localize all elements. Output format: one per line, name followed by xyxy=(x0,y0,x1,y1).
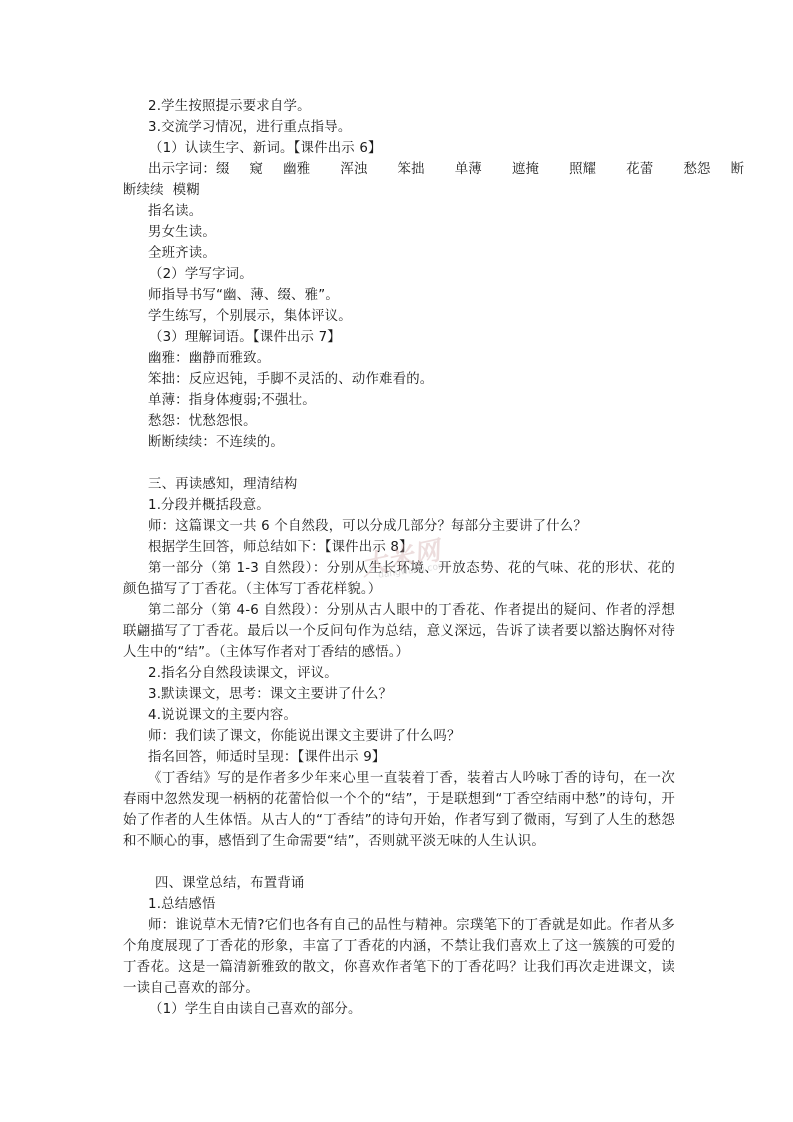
sub-2-write-words: （2）学写字词。 xyxy=(123,264,675,285)
step-3-exchange: 3.交流学习情况，进行重点指导。 xyxy=(123,117,675,138)
vocabulary-list: 出示字词：缀窥幽雅浑浊笨拙单薄遮掩照耀花蕾愁怨断 xyxy=(123,159,675,180)
write-guidance: 师指导书写“幽、薄、缀、雅”。 xyxy=(123,285,675,306)
teacher-question: 师：这篇课文一共 6 个自然段，可以分成几部分？每部分主要讲了什么？ xyxy=(123,516,675,537)
summary-intro: 根据学生回答，师总结如下：【课件出示 8】 xyxy=(123,537,675,558)
sub-1-read-words: （1）认读生字、新词。【课件出示 6】 xyxy=(123,138,675,159)
definition: 幽雅：幽静而雅致。 xyxy=(123,348,675,369)
step-1-summary: 1.总结感悟 xyxy=(123,894,675,915)
teacher-question-2: 师：我们读了课文，你能说出课文主要讲了什么吗？ xyxy=(123,726,675,747)
definition: 单薄：指身体瘦弱;不强壮。 xyxy=(123,390,675,411)
read-by-name: 指名读。 xyxy=(123,201,675,222)
definition: 断断续续：不连续的。 xyxy=(123,432,675,453)
teacher-summary: 师：谁说草木无情?它们也各有自己的品性与精神。宗璞笔下的丁香就是如此。作者从多个… xyxy=(123,915,675,999)
sub-1-free-read: （1）学生自由读自己喜欢的部分。 xyxy=(123,999,675,1020)
vocab-word: 窥 xyxy=(250,159,264,180)
vocab-word: 花蕾 xyxy=(626,159,653,180)
spacer xyxy=(123,852,675,873)
vocab-word: 断 xyxy=(731,159,745,180)
answer-intro: 指名回答，师适时呈现：【课件出示 9】 xyxy=(123,747,675,768)
vocabulary-label: 出示字词： xyxy=(148,159,216,180)
part-1-summary: 第一部分（第 1-3 自然段）：分别从生长环境、开放态势、花的气味、花的形状、花… xyxy=(123,558,675,600)
vocab-word: 照耀 xyxy=(569,159,596,180)
vocab-word: 缀 xyxy=(216,159,230,180)
step-3-silent-read: 3.默读课文，思考：课文主要讲了什么？ xyxy=(123,684,675,705)
read-boys-girls: 男女生读。 xyxy=(123,222,675,243)
vocab-word: 单薄 xyxy=(455,159,482,180)
vocabulary-list-cont: 断续续 模糊 xyxy=(123,180,675,201)
step-4-main-content: 4.说说课文的主要内容。 xyxy=(123,705,675,726)
spacer xyxy=(123,453,675,474)
step-2-self-study: 2.学生按照提示要求自学。 xyxy=(123,96,675,117)
vocab-word: 愁怨 xyxy=(683,159,710,180)
vocab-word: 幽雅 xyxy=(283,159,310,180)
definition: 愁怨：忧愁怨恨。 xyxy=(123,411,675,432)
part-2-summary: 第二部分（第 4-6 自然段）：分别从古人眼中的丁香花、作者提出的疑问、作者的浮… xyxy=(123,600,675,663)
section-4-heading: 四、课堂总结，布置背诵 xyxy=(123,873,675,894)
read-whole-class: 全班齐读。 xyxy=(123,243,675,264)
document-page: 2.学生按照提示要求自学。 3.交流学习情况，进行重点指导。 （1）认读生字、新… xyxy=(123,96,675,1020)
main-content-answer: 《丁香结》写的是作者多少年来心里一直装着丁香，装着古人吟咏丁香的诗句，在一次春雨… xyxy=(123,768,675,852)
step-1-paragraphs: 1.分段并概括段意。 xyxy=(123,495,675,516)
step-2-read-paragraphs: 2.指名分自然段读课文，评议。 xyxy=(123,663,675,684)
sub-3-understand-words: （3）理解词语。【课件出示 7】 xyxy=(123,327,675,348)
vocab-word: 笨拙 xyxy=(398,159,425,180)
write-practice: 学生练写，个别展示，集体评议。 xyxy=(123,306,675,327)
definition: 笨拙：反应迟钝，手脚不灵活的、动作难看的。 xyxy=(123,369,675,390)
vocab-word: 遮掩 xyxy=(512,159,539,180)
section-3-heading: 三、再读感知，理清结构 xyxy=(123,474,675,495)
vocab-word: 浑浊 xyxy=(340,159,367,180)
